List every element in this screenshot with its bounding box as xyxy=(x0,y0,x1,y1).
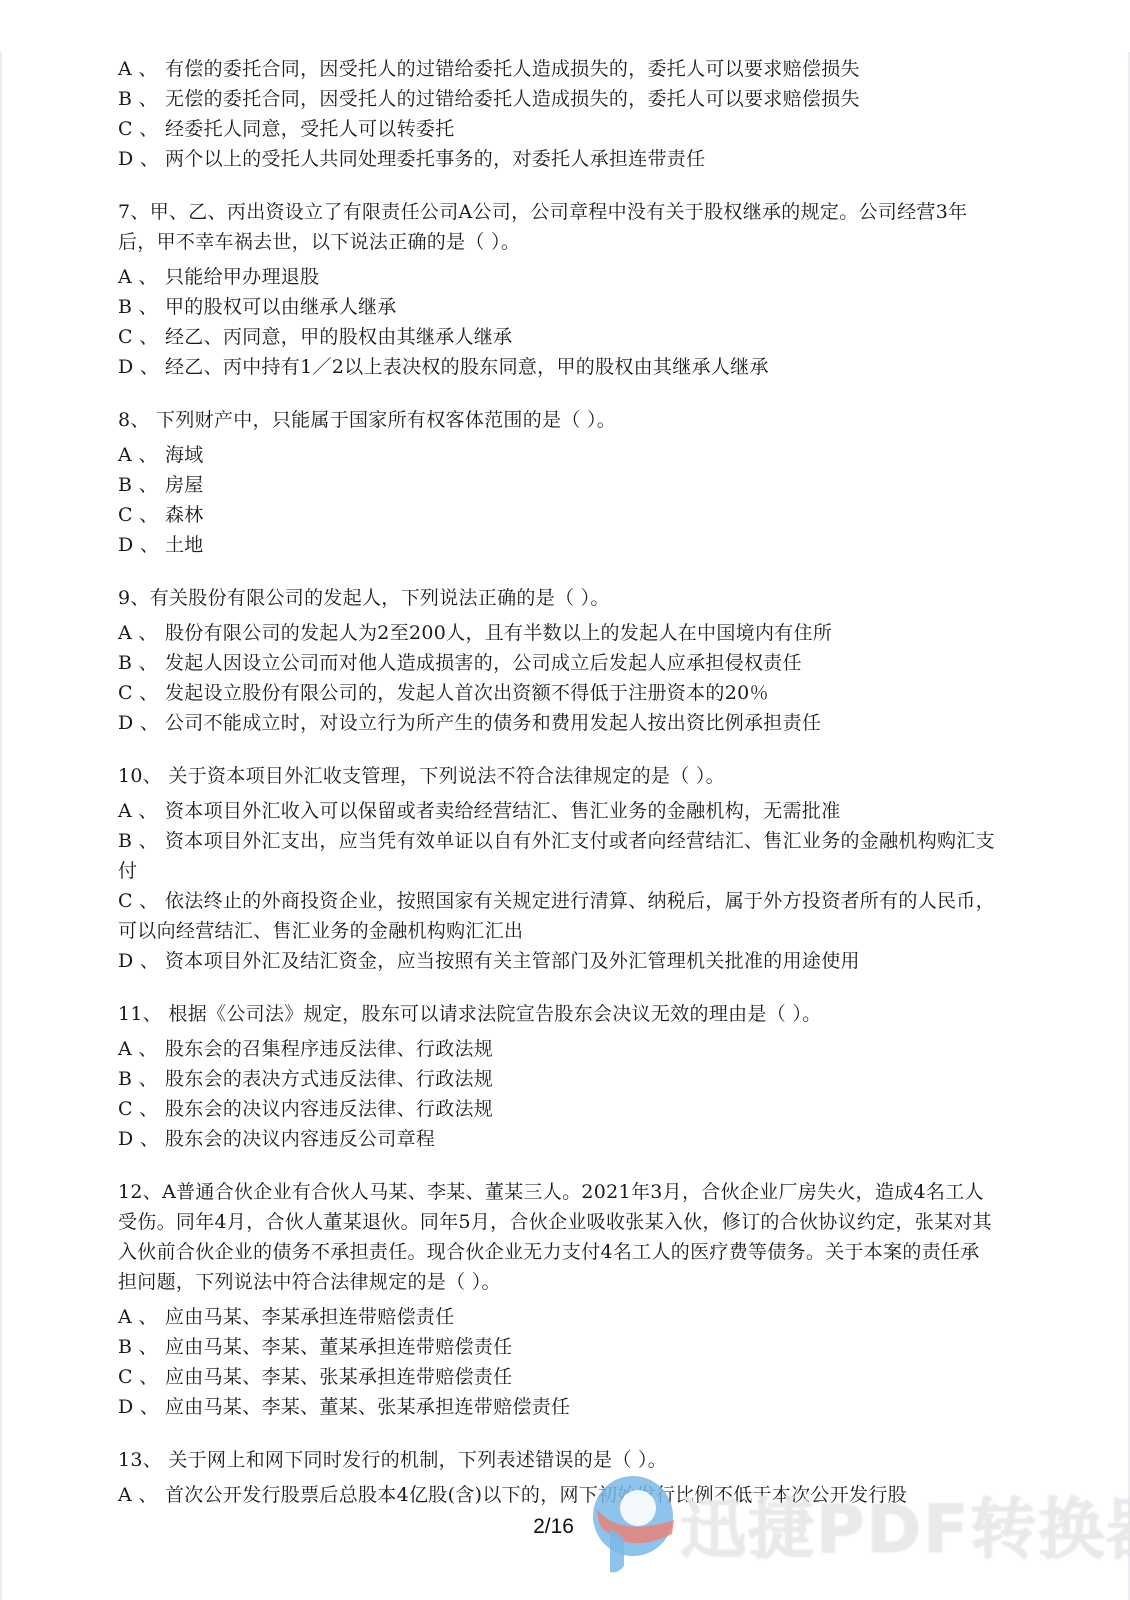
question-9: 9、有关股份有限公司的发起人，下列说法正确的是（ ）。 A 、股份有限公司的发起… xyxy=(118,583,998,738)
option-c: C 、经乙、丙同意，甲的股权由其继承人继承 xyxy=(118,322,998,352)
option-a: A 、应由马某、李某承担连带赔偿责任 xyxy=(118,1302,998,1332)
option-b: B 、股东会的表决方式违反法律、行政法规 xyxy=(118,1064,998,1094)
option-b: B 、应由马某、李某、董某承担连带赔偿责任 xyxy=(118,1332,998,1362)
option-b: B 、发起人因设立公司而对他人造成损害的，公司成立后发起人应承担侵权责任 xyxy=(118,648,998,678)
option-a: A 、只能给甲办理退股 xyxy=(118,262,998,292)
question-6-continued: A 、有偿的委托合同，因受托人的过错给委托人造成损失的，委托人可以要求赔偿损失 … xyxy=(118,54,998,174)
option-c: C 、股东会的决议内容违反法律、行政法规 xyxy=(118,1094,998,1124)
question-11: 11、 根据《公司法》规定，股东可以请求法院宣告股东会决议无效的理由是（ ）。 … xyxy=(118,999,998,1154)
option-b: B 、无偿的委托合同，因受托人的过错给委托人造成损失的，委托人可以要求赔偿损失 xyxy=(118,84,998,114)
question-stem: 8、 下列财产中，只能属于国家所有权客体范围的是（ ）。 xyxy=(118,405,998,435)
question-10: 10、 关于资本项目外汇收支管理，下列说法不符合法律规定的是（ ）。 A 、资本… xyxy=(118,761,998,976)
question-stem: 9、有关股份有限公司的发起人，下列说法正确的是（ ）。 xyxy=(118,583,998,613)
option-c: C 、应由马某、李某、张某承担连带赔偿责任 xyxy=(118,1362,998,1392)
option-d: D 、土地 xyxy=(118,530,998,560)
option-a: A 、股东会的召集程序违反法律、行政法规 xyxy=(118,1034,998,1064)
option-a: A 、有偿的委托合同，因受托人的过错给委托人造成损失的，委托人可以要求赔偿损失 xyxy=(118,54,998,84)
page-edge-left xyxy=(0,52,2,1600)
option-c: C 、森林 xyxy=(118,500,998,530)
question-stem: 11、 根据《公司法》规定，股东可以请求法院宣告股东会决议无效的理由是（ ）。 xyxy=(118,999,998,1029)
option-a: A 、股份有限公司的发起人为2至200人，且有半数以上的发起人在中国境内有住所 xyxy=(118,618,998,648)
question-stem: 7、甲、乙、丙出资设立了有限责任公司A公司，公司章程中没有关于股权继承的规定。公… xyxy=(118,197,998,257)
page-indicator: 2/16 xyxy=(0,1515,1107,1539)
option-a: A 、首次公开发行股票后总股本4亿股(含)以下的，网下初始发行比例不低于本次公开… xyxy=(118,1480,998,1510)
option-a: A 、资本项目外汇收入可以保留或者卖给经营结汇、售汇业务的金融机构，无需批准 xyxy=(118,796,998,826)
option-d: D 、两个以上的受托人共同处理委托事务的，对委托人承担连带责任 xyxy=(118,144,998,174)
option-c: C 、依法终止的外商投资企业，按照国家有关规定进行清算、纳税后，属于外方投资者所… xyxy=(118,886,998,946)
option-d: D 、应由马某、李某、董某、张某承担连带赔偿责任 xyxy=(118,1392,998,1422)
option-a: A 、海域 xyxy=(118,440,998,470)
document-page-content: A 、有偿的委托合同，因受托人的过错给委托人造成损失的，委托人可以要求赔偿损失 … xyxy=(118,54,998,1510)
question-stem: 10、 关于资本项目外汇收支管理，下列说法不符合法律规定的是（ ）。 xyxy=(118,761,998,791)
option-d: D 、股东会的决议内容违反公司章程 xyxy=(118,1124,998,1154)
option-c: C 、发起设立股份有限公司的，发起人首次出资额不得低于注册资本的20％ xyxy=(118,678,998,708)
option-b: B 、房屋 xyxy=(118,470,998,500)
option-b: B 、甲的股权可以由继承人继承 xyxy=(118,292,998,322)
question-12: 12、A普通合伙企业有合伙人马某、李某、董某三人。2021年3月，合伙企业厂房失… xyxy=(118,1177,998,1422)
option-d: D 、公司不能成立时，对设立行为所产生的债务和费用发起人按出资比例承担责任 xyxy=(118,708,998,738)
question-stem: 12、A普通合伙企业有合伙人马某、李某、董某三人。2021年3月，合伙企业厂房失… xyxy=(118,1177,998,1297)
question-stem: 13、 关于网上和网下同时发行的机制，下列表述错误的是（ ）。 xyxy=(118,1445,998,1475)
question-7: 7、甲、乙、丙出资设立了有限责任公司A公司，公司章程中没有关于股权继承的规定。公… xyxy=(118,197,998,382)
option-b: B 、资本项目外汇支出，应当凭有效单证以自有外汇支付或者向经营结汇、售汇业务的金… xyxy=(118,826,998,886)
option-d: D 、经乙、丙中持有1／2以上表决权的股东同意，甲的股权由其继承人继承 xyxy=(118,352,998,382)
option-c: C 、经委托人同意，受托人可以转委托 xyxy=(118,114,998,144)
question-8: 8、 下列财产中，只能属于国家所有权客体范围的是（ ）。 A 、海域 B 、房屋… xyxy=(118,405,998,560)
option-d: D 、资本项目外汇及结汇资金，应当按照有关主管部门及外汇管理机关批准的用途使用 xyxy=(118,946,998,976)
question-13: 13、 关于网上和网下同时发行的机制，下列表述错误的是（ ）。 A 、首次公开发… xyxy=(118,1445,998,1510)
